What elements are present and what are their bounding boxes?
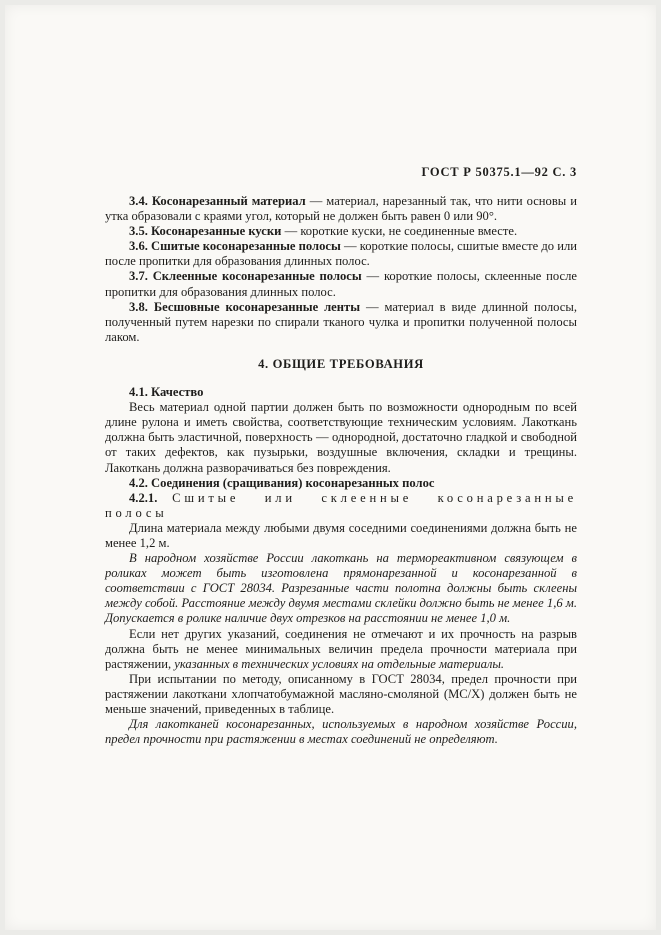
- subsection-joints-title: 4.2. Соединения (сращивания) косонарезан…: [105, 476, 577, 491]
- clause-3-8: 3.8. Бесшовные косонарезанные ленты — ма…: [105, 300, 577, 345]
- clause-3-5: 3.5. Косонарезанные куски — короткие кус…: [105, 224, 577, 239]
- clause-3-7: 3.7. Склеенные косонарезанные полосы — к…: [105, 269, 577, 299]
- subclause-title-spaced: Сшитые или склеенные косонарезанные поло…: [105, 491, 577, 520]
- final-note-paragraph: Для лакотканей косонарезанных, используе…: [105, 717, 577, 747]
- clause-number: 3.5.: [129, 224, 148, 238]
- subsection-title: Качество: [151, 385, 203, 399]
- subclause-number: 4.2.1.: [129, 491, 157, 505]
- document-page: ГОСТ Р 50375.1—92 С. 3 3.4. Косонарезанн…: [5, 5, 656, 930]
- subsection-number: 4.1.: [129, 385, 148, 399]
- clause-number: 3.8.: [129, 300, 148, 314]
- min-length-paragraph: Длина материала между любыми двумя сосед…: [105, 521, 577, 551]
- clause-term: Косонарезанные куски: [151, 224, 281, 238]
- clause-term: Бесшовные косонарезанные ленты: [154, 300, 360, 314]
- subclause-4-2-1-title: 4.2.1. Сшитые или склеенные косонарезанн…: [105, 491, 577, 521]
- clause-number: 3.6.: [129, 239, 148, 253]
- running-header: ГОСТ Р 50375.1—92 С. 3: [105, 165, 577, 180]
- clause-number: 3.4.: [129, 194, 148, 208]
- clause-3-6: 3.6. Сшитые косонарезанные полосы — коро…: [105, 239, 577, 269]
- clause-term: Косонарезанный материал: [152, 194, 306, 208]
- section-heading-general-requirements: 4. ОБЩИЕ ТРЕБОВАНИЯ: [105, 357, 577, 372]
- russia-note-paragraph: В народном хозяйстве России лакоткань на…: [105, 551, 577, 626]
- document-body: 3.4. Косонарезанный материал — материал,…: [105, 194, 577, 747]
- subsection-quality-title: 4.1. Качество: [105, 385, 577, 400]
- subsection-title: Соединения (сращивания) косонарезанных п…: [151, 476, 434, 490]
- clause-term: Склеенные косонарезанные полосы: [153, 269, 362, 283]
- clause-text: — короткие куски, не соединенные вместе.: [285, 224, 518, 238]
- strength-text-italic: указанных в технических условиях на отде…: [174, 657, 504, 671]
- clause-term: Сшитые косонарезанные полосы: [151, 239, 341, 253]
- scanned-document: ГОСТ Р 50375.1—92 С. 3 3.4. Косонарезанн…: [0, 0, 661, 935]
- page-content: ГОСТ Р 50375.1—92 С. 3 3.4. Косонарезанн…: [105, 165, 577, 747]
- clause-3-4: 3.4. Косонарезанный материал — материал,…: [105, 194, 577, 224]
- subsection-number: 4.2.: [129, 476, 148, 490]
- strength-paragraph: Если нет других указаний, соединения не …: [105, 627, 577, 672]
- test-method-paragraph: При испытании по методу, описанному в ГО…: [105, 672, 577, 717]
- clause-number: 3.7.: [129, 269, 148, 283]
- document-number: ГОСТ Р 50375.1—92 С. 3: [421, 165, 577, 179]
- quality-paragraph: Весь материал одной партии должен быть п…: [105, 400, 577, 475]
